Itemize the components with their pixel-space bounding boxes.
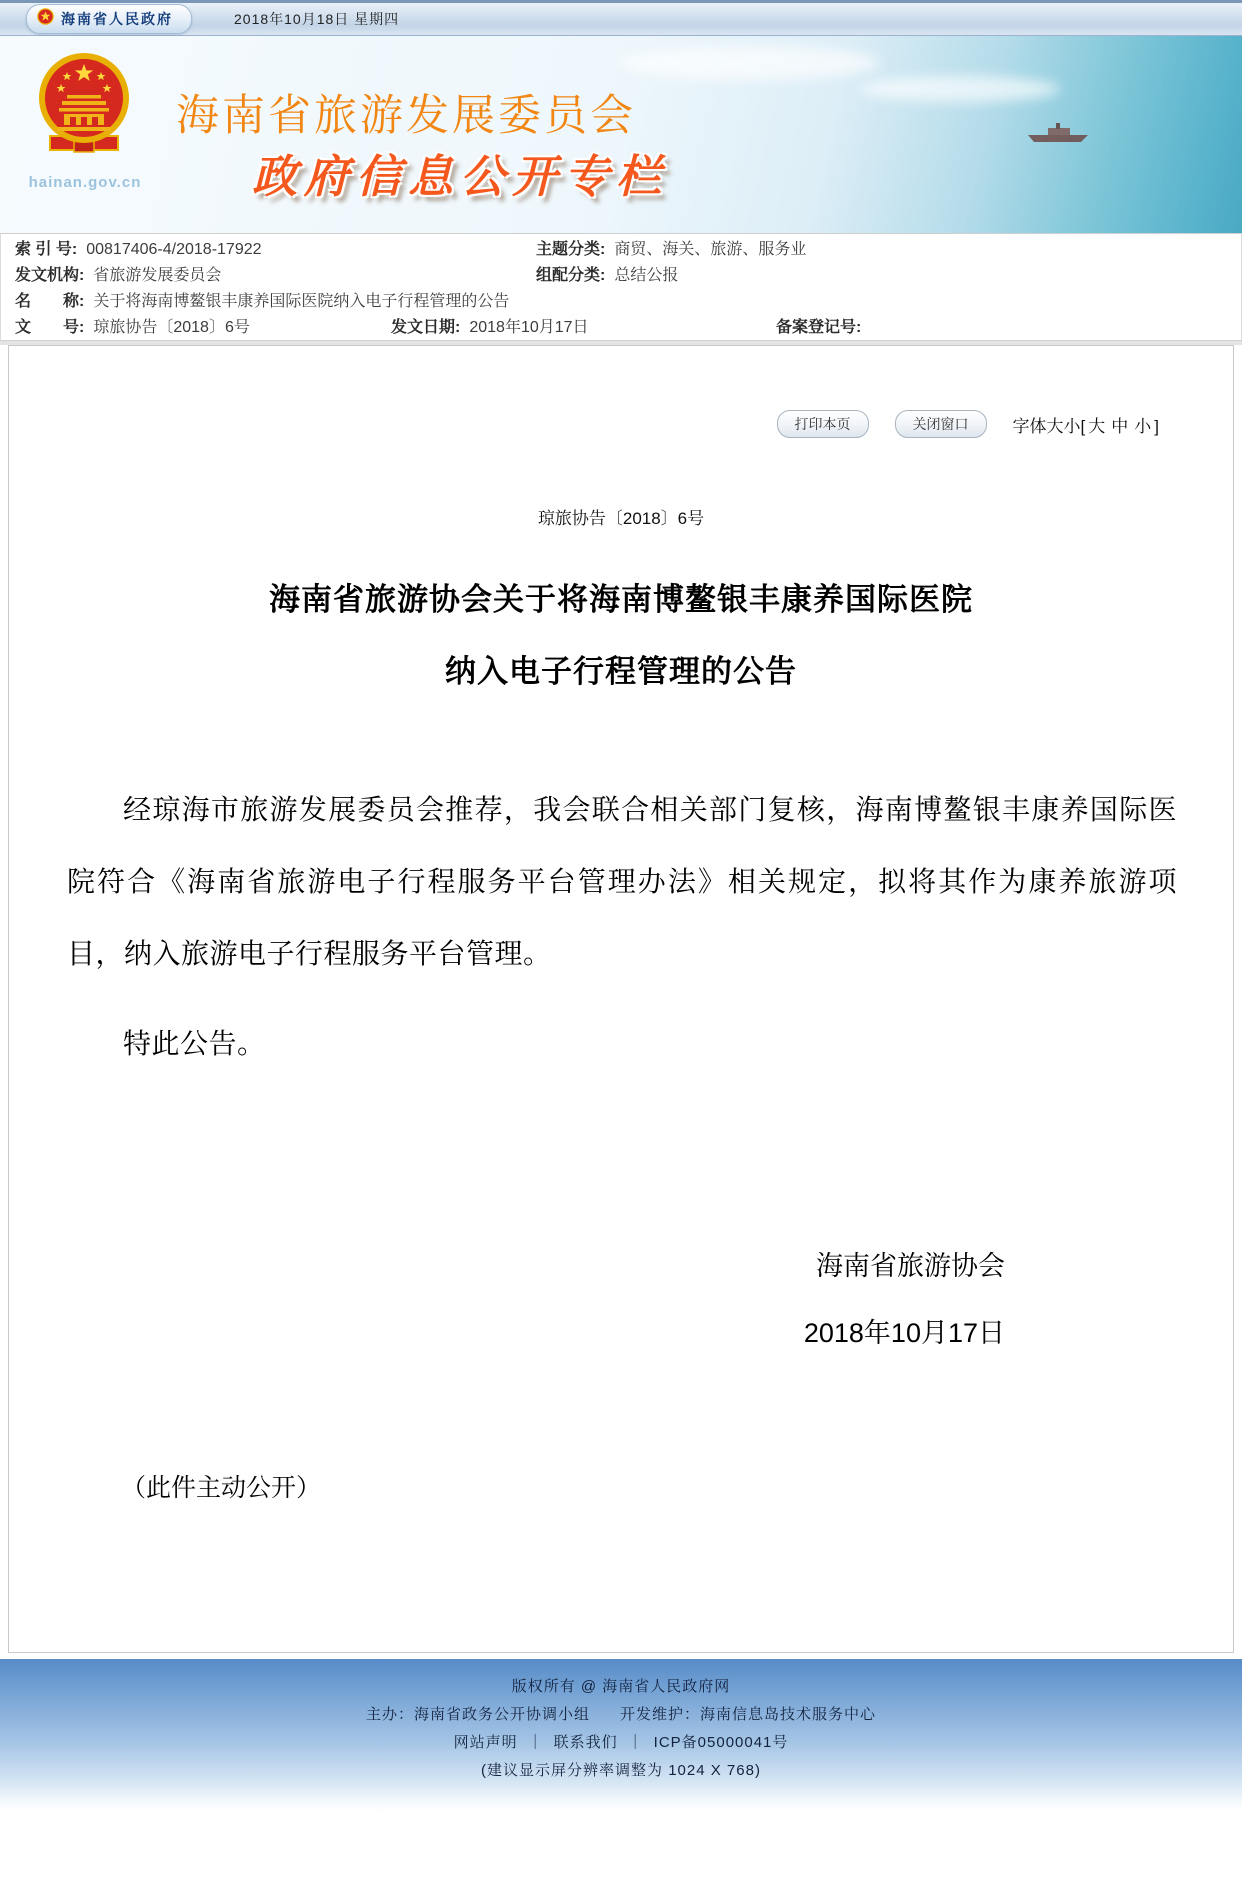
icp-number: ICP备05000041号 bbox=[654, 1734, 789, 1751]
meta-row-docno: 文 号:琼旅协告〔2018〕6号 发文日期:2018年10月17日 备案登记号: bbox=[1, 315, 1241, 341]
docno-value: 琼旅协告〔2018〕6号 bbox=[93, 319, 250, 336]
print-page-button[interactable]: 打印本页 bbox=[777, 410, 869, 438]
font-size-large-link[interactable]: 大 bbox=[1088, 417, 1105, 436]
contact-us-link[interactable]: 联系我们 bbox=[554, 1734, 618, 1751]
footer-links-line: 网站声明｜联系我们｜ICP备05000041号 bbox=[0, 1729, 1242, 1757]
pubdate-value: 2018年10月17日 bbox=[469, 319, 588, 336]
site-statement-link[interactable]: 网站声明 bbox=[454, 1734, 518, 1751]
meta-row-agency: 发文机构:省旅游发展委员会 组配分类:总结公报 bbox=[1, 263, 1241, 289]
document-metadata-table: 索 引 号:00817406-4/2018-17922 主题分类:商贸、海关、旅… bbox=[0, 233, 1242, 341]
meta-row-name: 名 称:关于将海南博鳌银丰康养国际医院纳入电子行程管理的公告 bbox=[1, 289, 1241, 315]
pubdate-label: 发文日期: bbox=[391, 319, 460, 336]
page: 海南省人民政府 2018年10月18日 星期四 bbox=[0, 0, 1242, 1880]
index-label: 索 引 号: bbox=[15, 241, 77, 258]
cloud-decoration bbox=[620, 46, 880, 80]
font-size-label-end: ] bbox=[1154, 417, 1159, 436]
record-cell: 备案登记号: bbox=[776, 315, 870, 341]
cloud-decoration bbox=[860, 76, 1060, 102]
docno-label: 文 号: bbox=[15, 319, 84, 336]
footer-separator: ｜ bbox=[628, 1734, 644, 1751]
gov-portal-name: 海南省人民政府 bbox=[61, 9, 173, 29]
name-value: 关于将海南博鳌银丰康养国际医院纳入电子行程管理的公告 bbox=[93, 293, 509, 310]
footer-separator: ｜ bbox=[528, 1734, 544, 1751]
agency-value: 省旅游发展委员会 bbox=[93, 267, 221, 284]
site-footer: 版权所有 @ 海南省人民政府网 主办：海南省政务公开协调小组开发维护：海南信息岛… bbox=[0, 1659, 1242, 1811]
footer-resolution-note: (建议显示屏分辨率调整为 1024 X 768) bbox=[0, 1757, 1242, 1785]
signature-block: 海南省旅游协会 2018年10月17日 bbox=[9, 1250, 1233, 1350]
pubdate-cell: 发文日期:2018年10月17日 bbox=[391, 315, 589, 341]
document-body: 经琼海市旅游发展委员会推荐，我会联合相关部门复核，海南博鳌银丰康养国际医院符合《… bbox=[67, 774, 1177, 1080]
index-value: 00817406-4/2018-17922 bbox=[86, 241, 261, 258]
name-label: 名 称: bbox=[15, 293, 84, 310]
group-value: 总结公报 bbox=[614, 267, 678, 284]
signature-org: 海南省旅游协会 bbox=[9, 1250, 1005, 1283]
info-disclosure-column-title: 政府信息公开专栏 bbox=[252, 140, 668, 205]
font-size-small-link[interactable]: 小 bbox=[1134, 417, 1151, 436]
mini-emblem-icon bbox=[37, 8, 54, 30]
gov-portal-badge[interactable]: 海南省人民政府 bbox=[26, 4, 192, 34]
topic-cell: 主题分类:商贸、海关、旅游、服务业 bbox=[536, 237, 806, 263]
meta-row-index: 索 引 号:00817406-4/2018-17922 主题分类:商贸、海关、旅… bbox=[1, 237, 1241, 263]
national-emblem-icon bbox=[34, 48, 134, 175]
agency-label: 发文机构: bbox=[15, 267, 84, 284]
topic-value: 商贸、海关、旅游、服务业 bbox=[614, 241, 806, 258]
document-title-line1: 海南省旅游协会关于将海南博鳌银丰康养国际医院 bbox=[9, 564, 1233, 636]
signature-date: 2018年10月17日 bbox=[9, 1317, 1005, 1350]
group-cell: 组配分类:总结公报 bbox=[536, 263, 678, 289]
footer-host: 主办：海南省政务公开协调小组 bbox=[366, 1706, 590, 1723]
body-paragraph-1: 经琼海市旅游发展委员会推荐，我会联合相关部门复核，海南博鳌银丰康养国际医院符合《… bbox=[67, 774, 1177, 990]
ship-decoration bbox=[1026, 122, 1092, 149]
footer-copyright: 版权所有 @ 海南省人民政府网 bbox=[0, 1673, 1242, 1701]
group-label: 组配分类: bbox=[536, 267, 605, 284]
font-size-control: 字体大小[大中小] bbox=[1013, 412, 1159, 437]
index-cell: 索 引 号:00817406-4/2018-17922 bbox=[15, 237, 262, 263]
document-toolbar: 打印本页 关闭窗口 字体大小[大中小] bbox=[9, 410, 1233, 438]
name-cell: 名 称:关于将海南博鳌银丰康养国际医院纳入电子行程管理的公告 bbox=[15, 289, 509, 315]
site-url: hainan.gov.cn bbox=[10, 174, 160, 191]
current-date: 2018年10月18日 星期四 bbox=[234, 9, 399, 29]
font-size-label: 字体大小[ bbox=[1013, 417, 1086, 436]
site-banner: hainan.gov.cn 海南省旅游发展委员会 政府信息公开专栏 bbox=[0, 36, 1242, 233]
docno-cell: 文 号:琼旅协告〔2018〕6号 bbox=[15, 315, 250, 341]
disclosure-note: （此件主动公开） bbox=[9, 1468, 1233, 1504]
agency-title: 海南省旅游发展委员会 bbox=[176, 82, 636, 143]
topic-label: 主题分类: bbox=[536, 241, 605, 258]
document-panel: 打印本页 关闭窗口 字体大小[大中小] 琼旅协告〔2018〕6号 海南省旅游协会… bbox=[8, 345, 1234, 1653]
body-paragraph-2: 特此公告。 bbox=[67, 1008, 1177, 1080]
footer-dev: 开发维护：海南信息岛技术服务中心 bbox=[620, 1706, 876, 1723]
document-title: 海南省旅游协会关于将海南博鳌银丰康养国际医院 纳入电子行程管理的公告 bbox=[9, 564, 1233, 708]
agency-cell: 发文机构:省旅游发展委员会 bbox=[15, 263, 221, 289]
document-title-line2: 纳入电子行程管理的公告 bbox=[9, 636, 1233, 708]
record-label: 备案登记号: bbox=[776, 319, 861, 336]
close-window-button[interactable]: 关闭窗口 bbox=[895, 410, 987, 438]
font-size-medium-link[interactable]: 中 bbox=[1111, 417, 1128, 436]
footer-host-line: 主办：海南省政务公开协调小组开发维护：海南信息岛技术服务中心 bbox=[0, 1701, 1242, 1729]
document-number: 琼旅协告〔2018〕6号 bbox=[9, 504, 1233, 528]
top-government-bar: 海南省人民政府 2018年10月18日 星期四 bbox=[0, 0, 1242, 36]
